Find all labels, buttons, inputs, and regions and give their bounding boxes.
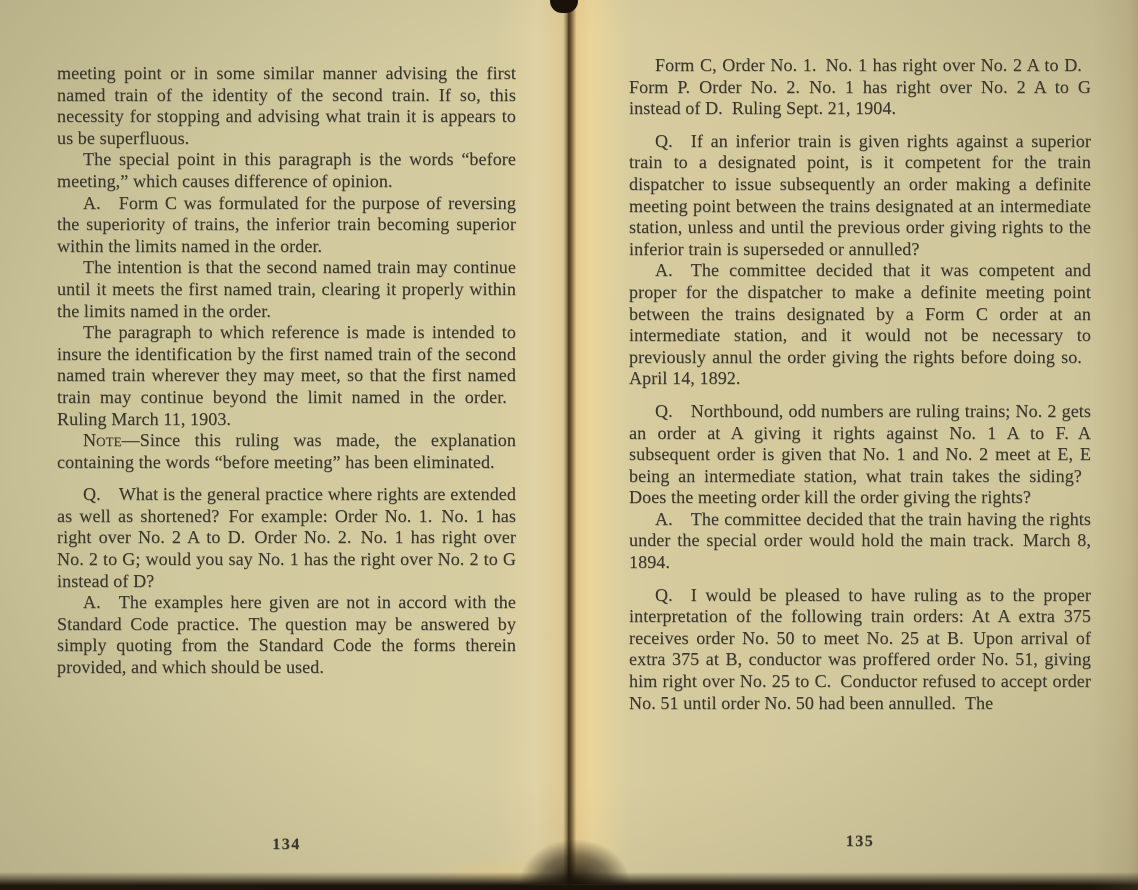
page-number: 135 [629, 833, 1091, 851]
paragraph: A. Form C was formulated for the purpose… [57, 193, 516, 258]
paragraph: Form C, Order No. 1. No. 1 has right ove… [629, 55, 1091, 120]
paragraph: Q. I would be pleased to have ruling as … [629, 585, 1091, 715]
paragraph: The special point in this paragraph is t… [57, 149, 516, 192]
paragraph: meeting point or in some similar manner … [57, 63, 516, 149]
paragraph: Q. If an inferior train is given rights … [629, 131, 1091, 261]
paragraph: A. The committee decided that the train … [629, 509, 1091, 574]
note-label: Note [83, 430, 122, 450]
paragraph: Q. What is the general practice where ri… [57, 484, 516, 592]
left-page-text: meeting point or in some similar manner … [57, 63, 516, 679]
note-paragraph: Note—Since this ruling was made, the exp… [57, 430, 516, 473]
paragraph: Q. Northbound, odd numbers are ruling tr… [629, 401, 1091, 509]
right-page-text: Form C, Order No. 1. No. 1 has right ove… [629, 55, 1091, 714]
paragraph: A. The examples here given are not in ac… [57, 592, 516, 678]
paragraph: The paragraph to which reference is made… [57, 322, 516, 430]
paragraph: The intention is that the second named t… [57, 257, 516, 322]
book-cover-bottom-edge [0, 872, 1138, 890]
paragraph: A. The committee decided that it was com… [629, 260, 1091, 390]
page-number: 134 [57, 836, 516, 854]
open-book-spread: meeting point or in some similar manner … [0, 0, 1138, 890]
